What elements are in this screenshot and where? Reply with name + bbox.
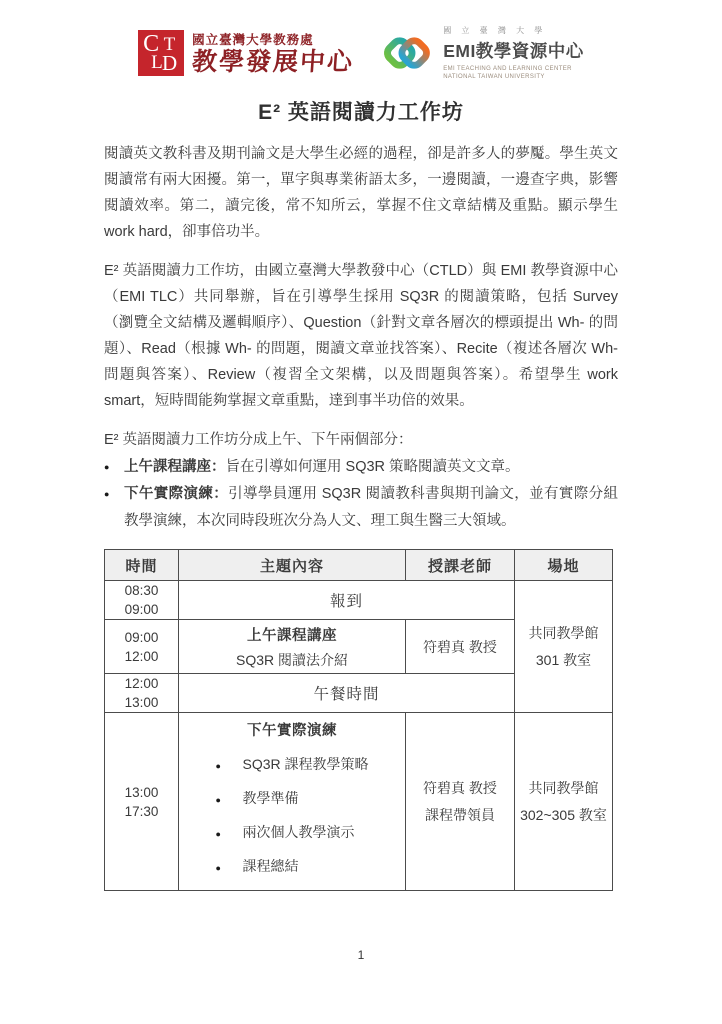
emi-logo: 國 立 臺 灣 大 學 EMI教學資源中心 EMI TEACHING AND L… [380, 25, 584, 81]
page-number: 1 [0, 948, 722, 962]
ctld-logo-text: 國立臺灣大學教務處 教學發展中心 [192, 30, 354, 77]
bullet-icon: ● [104, 481, 124, 535]
time-end: 17:30 [105, 802, 178, 821]
teacher-line: 課程帶領員 [406, 802, 514, 829]
column-header-topic: 主題內容 [179, 550, 406, 581]
emi-english-line: EMI TEACHING AND LEARNING CENTER NATIONA… [443, 65, 584, 81]
emi-knot-icon [380, 26, 434, 80]
venue-line: 共同教學館 [515, 620, 612, 647]
emi-center-name: EMI教學資源中心 [443, 38, 584, 63]
venue-cell-morning: 共同教學館 301 教室 [515, 581, 613, 713]
topic-bullet-text: 兩次個人教學演示 [242, 816, 354, 848]
intro-paragraph-1: 閱讀英文教科書及期刊論文是大學生必經的過程，卻是許多人的夢魘。學生英文閱讀常有兩… [104, 141, 618, 245]
split-heading: E² 英語閱讀力工作坊分成上午、下午兩個部分： [104, 427, 618, 453]
topic-title: 下午實際演練 [179, 719, 405, 740]
table-header-row: 時間 主題內容 授課老師 場地 [105, 550, 613, 581]
header-logos: C T L D 國立臺灣大學教務處 教學發展中心 [0, 0, 722, 84]
list-item: ● 下午實際演練：引導學員運用 SQ3R 閱讀教科書與期刊論文，並有實際分組教學… [104, 481, 618, 535]
topic-cell-lunch: 午餐時間 [179, 674, 515, 713]
venue-line: 共同教學館 [515, 775, 612, 802]
topic-bullet-text: 課程總結 [242, 850, 298, 882]
topic-bullet-item: ● SQ3R 課程教學策略 [215, 748, 368, 782]
list-item-text: 上午課程講座：旨在引導如何運用 SQ3R 策略閱讀英文文章。 [124, 454, 618, 481]
emi-logo-text: 國 立 臺 灣 大 學 EMI教學資源中心 EMI TEACHING AND L… [443, 25, 584, 81]
time-start: 09:00 [105, 628, 178, 647]
topic-bullet-list: ● SQ3R 課程教學策略 ● 教學準備 ● 兩次個人教學演示 ● [215, 748, 368, 884]
bullet-icon: ● [104, 454, 124, 481]
column-header-venue: 場地 [515, 550, 613, 581]
time-cell: 09:00 12:00 [105, 620, 179, 674]
list-item-label: 上午課程講座： [124, 459, 226, 475]
topic-bullet-item: ● 兩次個人教學演示 [215, 816, 368, 850]
topic-cell-morning: 上午課程講座 SQ3R 閱讀法介紹 [179, 620, 406, 674]
split-list: ● 上午課程講座：旨在引導如何運用 SQ3R 策略閱讀英文文章。 ● 下午實際演… [104, 454, 618, 535]
bullet-icon: ● [215, 852, 242, 884]
topic-bullet-text: SQ3R 課程教學策略 [242, 748, 368, 780]
page-title: E² 英語閱讀力工作坊 [104, 96, 618, 126]
list-item-desc: 旨在引導如何運用 SQ3R 策略閱讀英文文章。 [226, 459, 520, 475]
time-start: 08:30 [105, 581, 178, 600]
document-page: C T L D 國立臺灣大學教務處 教學發展中心 [0, 0, 722, 1024]
emi-english-line-2: NATIONAL TAIWAN UNIVERSITY [443, 74, 545, 80]
emi-english-line-1: EMI TEACHING AND LEARNING CENTER [443, 66, 572, 72]
intro-paragraph-2: E² 英語閱讀力工作坊，由國立臺灣大學教發中心（CTLD）與 EMI 教學資源中… [104, 258, 618, 414]
ctld-org-line: 國立臺灣大學教務處 [192, 30, 354, 48]
time-end: 13:00 [105, 693, 178, 712]
bullet-icon: ● [215, 784, 242, 816]
ctld-badge-icon: C T L D [138, 30, 184, 76]
topic-cell-afternoon: 下午實際演練 ● SQ3R 課程教學策略 ● 教學準備 ● 兩次個人教學演示 [179, 713, 406, 891]
bullet-icon: ● [215, 818, 242, 850]
bullet-icon: ● [215, 750, 242, 782]
ctld-letter: D [162, 51, 177, 76]
schedule-table: 時間 主題內容 授課老師 場地 08:30 09:00 報到 共同教學館 301… [104, 549, 613, 891]
topic-title: 上午課程講座 [179, 624, 405, 645]
list-item-text: 下午實際演練：引導學員運用 SQ3R 閱讀教科書與期刊論文，並有實際分組教學演練… [124, 481, 618, 535]
time-end: 09:00 [105, 600, 178, 619]
topic-subtitle: SQ3R 閱讀法介紹 [179, 650, 405, 670]
venue-line: 301 教室 [515, 647, 612, 674]
time-start: 13:00 [105, 783, 178, 802]
topic-bullet-item: ● 課程總結 [215, 850, 368, 884]
list-item-label: 下午實際演練： [124, 486, 228, 502]
teacher-cell-morning: 符碧真 教授 [406, 620, 515, 674]
teacher-cell-afternoon: 符碧真 教授 課程帶領員 [406, 713, 515, 891]
topic-bullet-text: 教學準備 [242, 782, 298, 814]
time-start: 12:00 [105, 674, 178, 693]
table-row: 13:00 17:30 下午實際演練 ● SQ3R 課程教學策略 ● 教學準備 [105, 713, 613, 891]
time-end: 12:00 [105, 647, 178, 666]
topic-cell-checkin: 報到 [179, 581, 515, 620]
venue-cell-afternoon: 共同教學館 302~305 教室 [515, 713, 613, 891]
emi-university-line: 國 立 臺 灣 大 學 [443, 25, 584, 36]
time-cell: 12:00 13:00 [105, 674, 179, 713]
table-row: 08:30 09:00 報到 共同教學館 301 教室 [105, 581, 613, 620]
topic-bullet-item: ● 教學準備 [215, 782, 368, 816]
time-cell: 13:00 17:30 [105, 713, 179, 891]
ctld-logo: C T L D 國立臺灣大學教務處 教學發展中心 [138, 30, 354, 77]
column-header-teacher: 授課老師 [406, 550, 515, 581]
list-item: ● 上午課程講座：旨在引導如何運用 SQ3R 策略閱讀英文文章。 [104, 454, 618, 481]
document-body: E² 英語閱讀力工作坊 閱讀英文教科書及期刊論文是大學生必經的過程，卻是許多人的… [0, 96, 722, 891]
teacher-line: 符碧真 教授 [406, 775, 514, 802]
venue-line: 302~305 教室 [515, 802, 612, 829]
column-header-time: 時間 [105, 550, 179, 581]
time-cell: 08:30 09:00 [105, 581, 179, 620]
ctld-center-name: 教學發展中心 [191, 48, 355, 77]
